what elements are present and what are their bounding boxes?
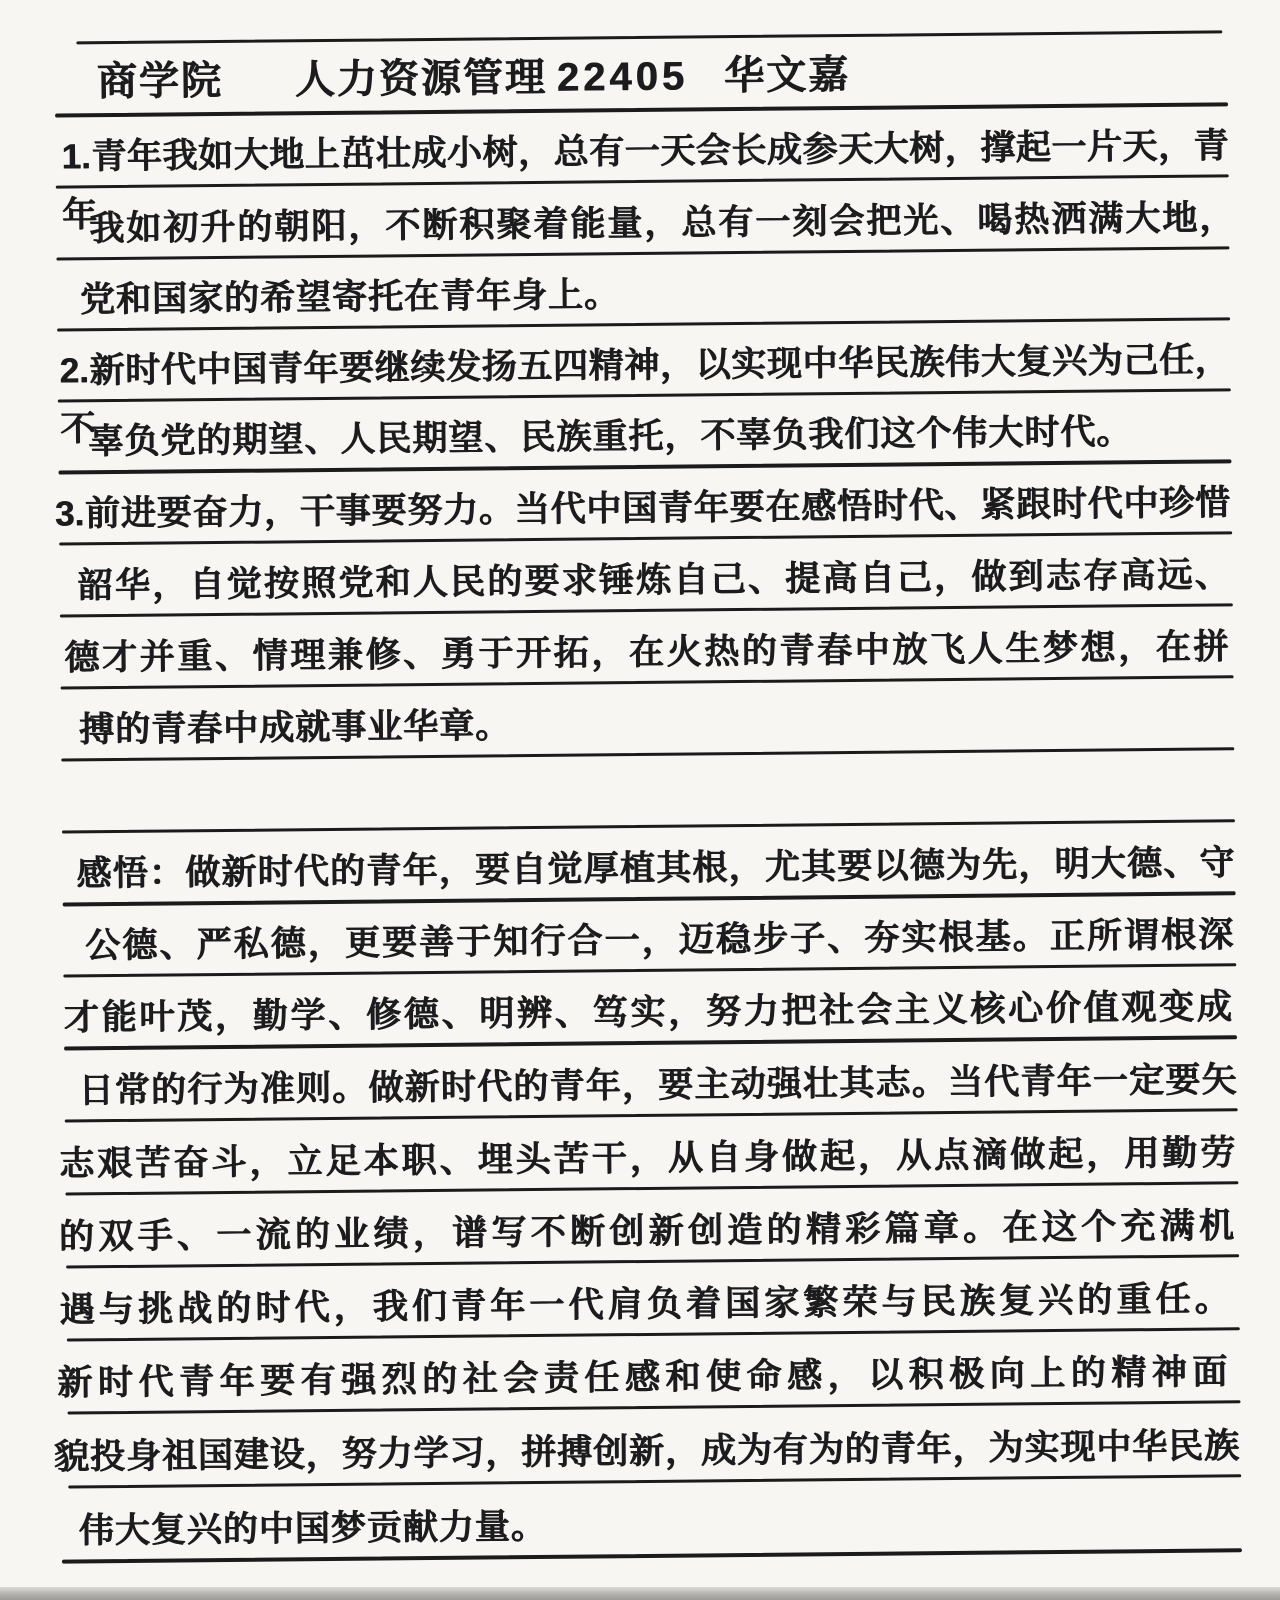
handwritten-line: 搏的青春中成就事业华章。 [79, 697, 512, 759]
handwritten-line: 我如初升的朝阳，不断积聚着能量，总有一刻会把光、喝热洒满大地， [89, 189, 1237, 258]
student-name: 华文嘉 [724, 53, 850, 98]
handwritten-line: 辜负党的期望、人民期望、民族重托，不辜负我们这个伟大时代。 [88, 403, 1133, 471]
handwritten-line: 1.青年我如大地上茁壮成小树，总有一天会长成参天大树，撑起一片天，青年 [61, 117, 1229, 186]
handwritten-line: 感悟：做新时代的青年，要自觉厚植其根，尤其要以德为先，明大德、守 [76, 834, 1235, 903]
handwritten-line: 志艰苦奋斗，立足本职、埋头苦干，从自身做起，从点滴做起，用勤劳 [59, 1124, 1236, 1193]
handwritten-line: 公德、严私德，更要善于知行合一，迈稳步子、夯实根基。正所谓根深 [85, 906, 1234, 975]
handwritten-line: 才能叶茂，勤学、修德、明辨、笃实，努力把社会主义核心价值观变成 [63, 978, 1232, 1047]
handwritten-line: 新时代青年要有强烈的社会责任感和使命感，以积极向上的精神面 [57, 1343, 1228, 1412]
scan-bottom-edge [0, 1587, 1280, 1600]
paper-sheet: 商学院人力资源管理22405华文嘉 1.青年我如大地上茁壮成小树，总有一天会长成… [0, 0, 1280, 1600]
handwritten-line: 的双手、一流的业绩，谱写不断创新创造的精彩篇章。在这个充满机 [59, 1197, 1235, 1266]
class-number: 22405 [557, 55, 689, 100]
handwritten-line: 貌投身祖国建设，努力学习，拼搏创新，成为有为的青年，为实现中华民族 [54, 1417, 1240, 1486]
header-line: 商学院人力资源管理22405华文嘉 [96, 44, 850, 113]
handwritten-line: 伟大复兴的中国梦贡献力量。 [78, 1498, 547, 1560]
handwritten-line: 韶华，自觉按照党和人民的要求锤炼自己、提高自己，做到志存高远、 [77, 546, 1230, 615]
blank-ruled-line [62, 819, 1235, 833]
handwritten-line: 党和国家的希望寄托在青年身上。 [80, 266, 621, 329]
ruled-line [76, 30, 1222, 44]
handwritten-line: 德才并重、情理兼修、勇于开拓，在火热的青春中放飞人生梦想，在拼 [64, 618, 1229, 687]
program-name: 人力资源管理 [295, 56, 547, 102]
handwritten-line: 遇与挑战的时代，我们青年一代肩负着国家繁荣与民族复兴的重任。 [59, 1270, 1230, 1339]
scanned-notes-page: 商学院人力资源管理22405华文嘉 1.青年我如大地上茁壮成小树，总有一天会长成… [0, 0, 1280, 1600]
handwritten-line: 2.新时代中国青年要继续发扬五四精神，以实现中华民族伟大复兴为己任，不 [59, 331, 1230, 400]
handwritten-line: 3.前进要奋力，干事要努力。当代中国青年要在感悟时代、紧跟时代中珍惜 [55, 474, 1231, 543]
school-name: 商学院 [97, 59, 223, 104]
handwritten-line: 日常的行为准则。做新时代的青年，要主动强壮其志。当代青年一定要矢 [78, 1051, 1237, 1120]
